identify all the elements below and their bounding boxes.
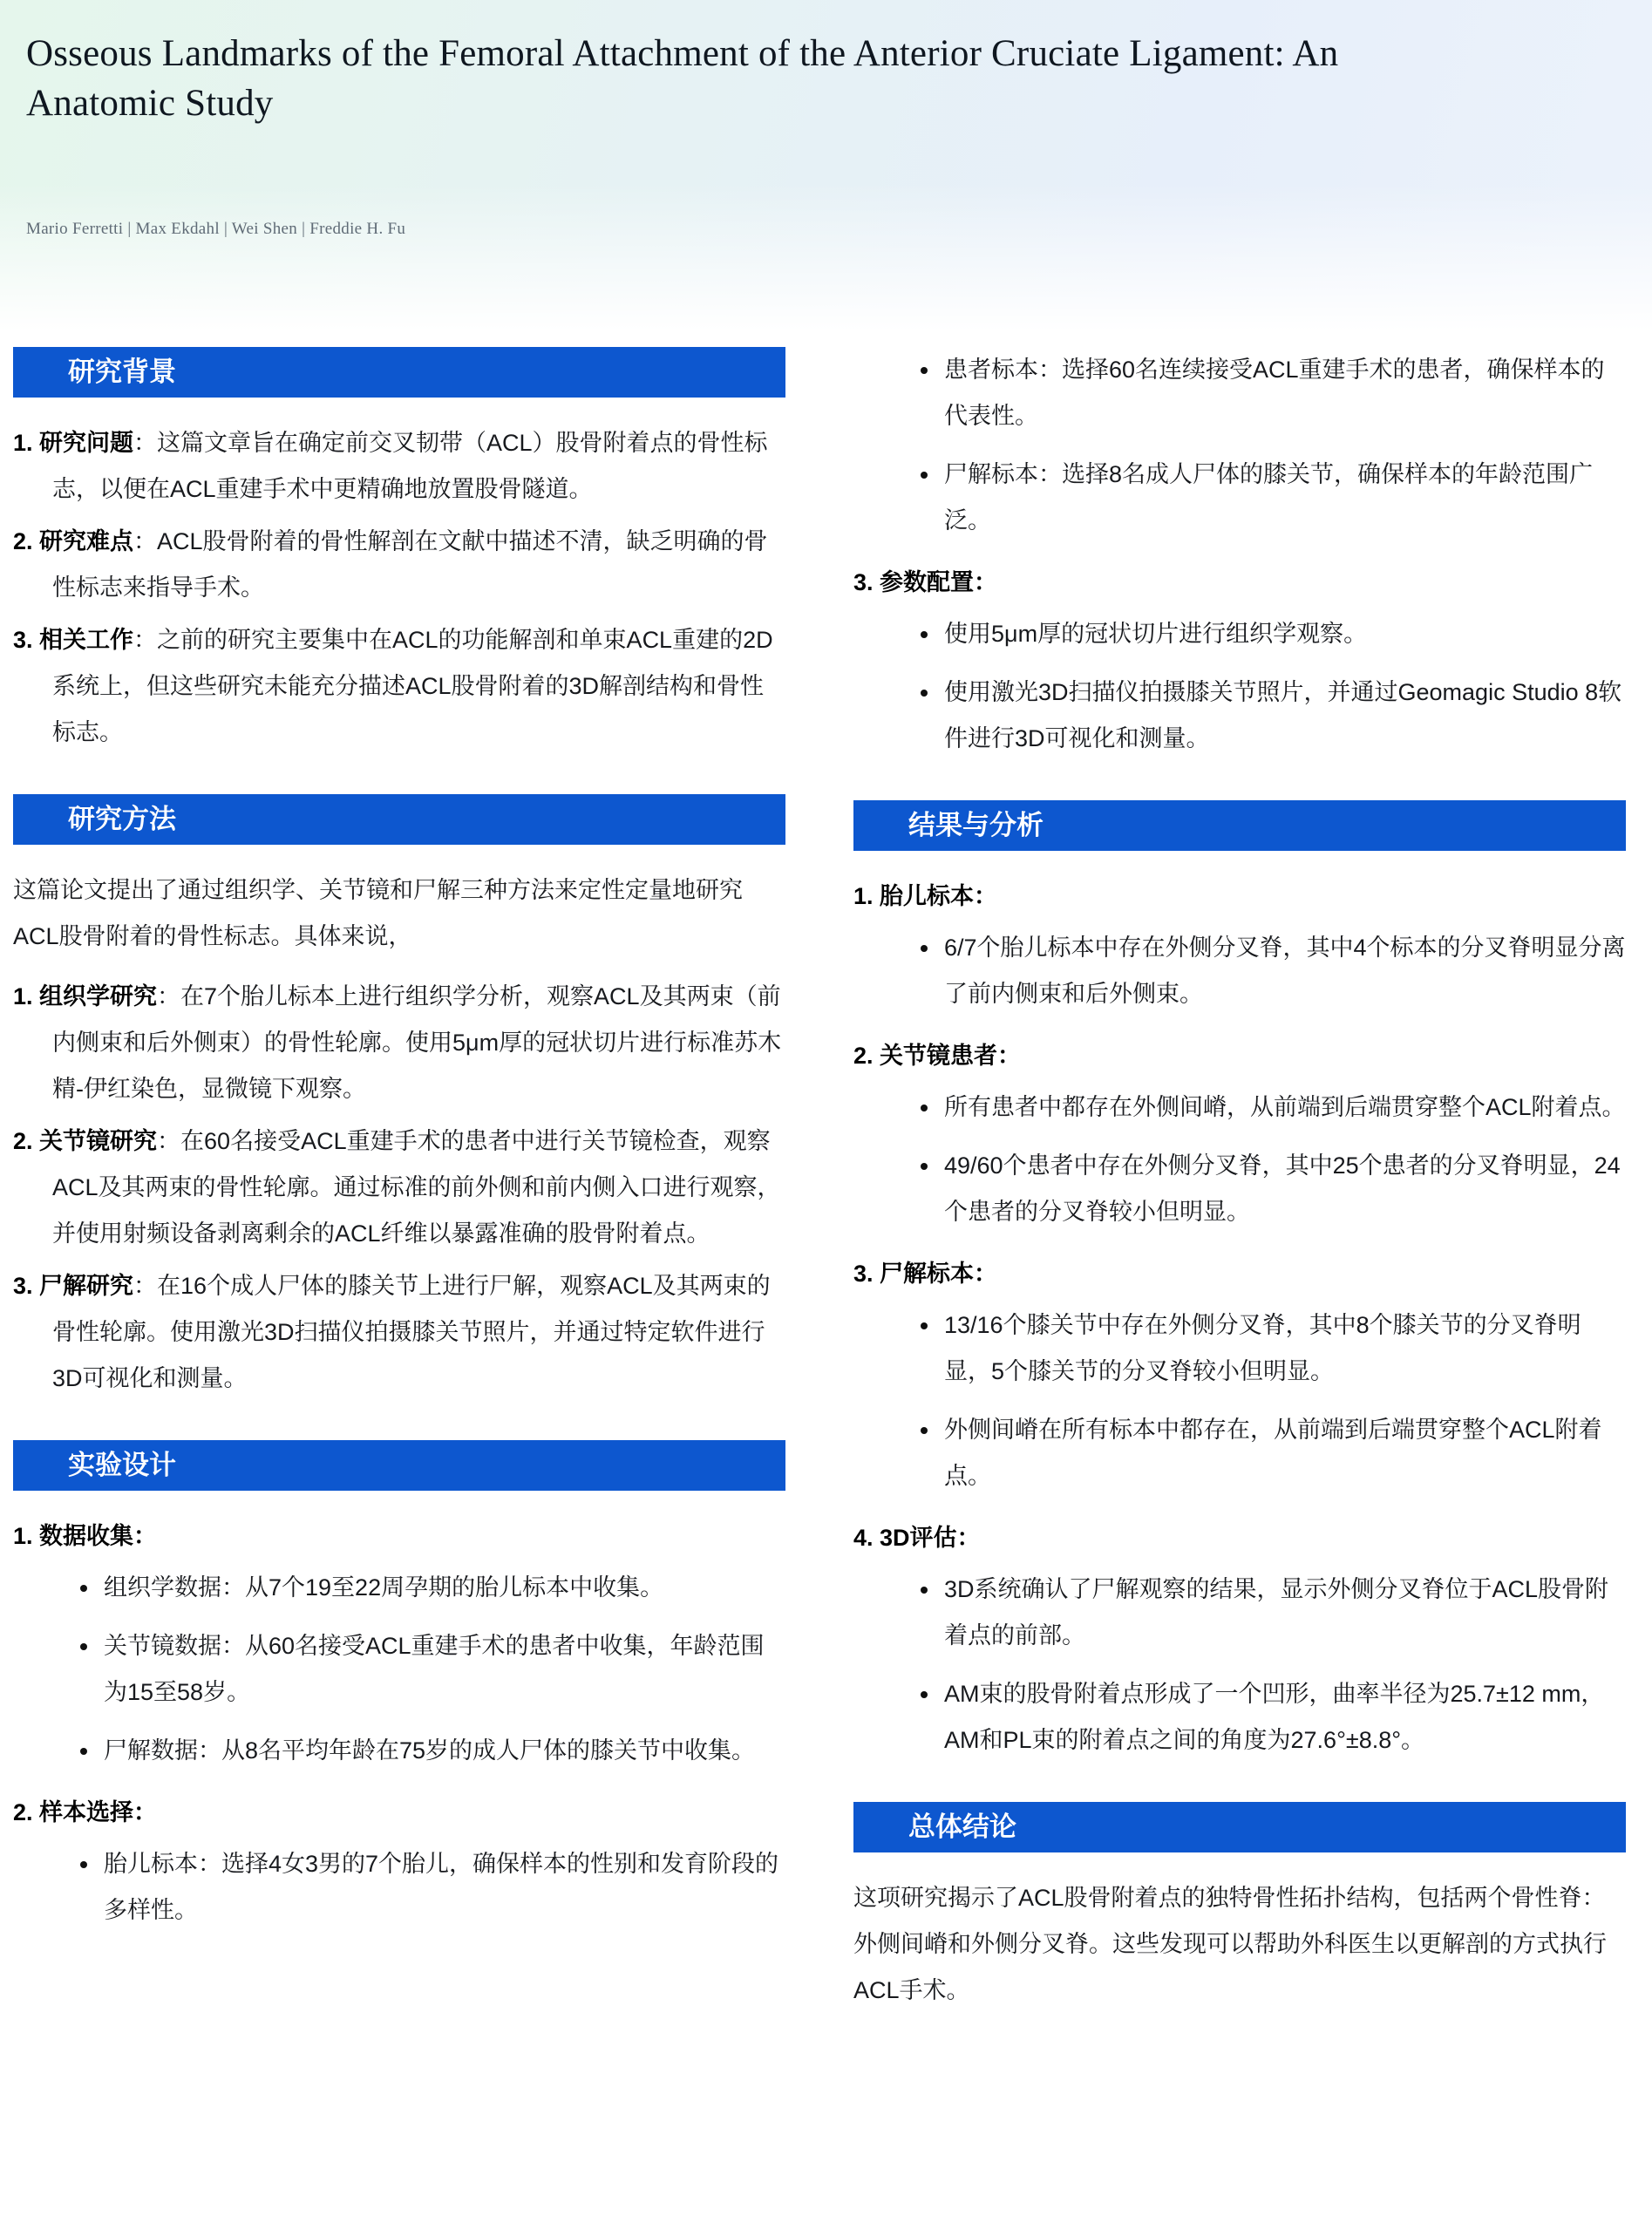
authors-line: Mario Ferretti | Max Ekdahl | Wei Shen |…	[26, 220, 1617, 239]
section-header-design: 实验设计	[13, 1440, 785, 1491]
section-header-background: 研究背景	[13, 347, 785, 398]
group-heading: 1. 胎儿标本：	[853, 873, 1626, 920]
bullet-item: 6/7个胎儿标本中存在外侧分叉脊，其中4个标本的分叉脊明显分离了前内侧束和后外侧…	[941, 925, 1626, 1017]
item-text: ：在16个成人尸体的膝关节上进行尸解，观察ACL及其两束的骨性轮廓。使用激光3D…	[52, 1273, 771, 1391]
bullet-item: 胎儿标本：选择4女3男的7个胎儿，确保样本的性别和发育阶段的多样性。	[100, 1841, 785, 1934]
bullet-list: 患者标本：选择60名连续接受ACL重建手术的患者，确保样本的代表性。 尸解标本：…	[853, 347, 1626, 544]
numbered-item: 1. 组织学研究：在7个胎儿标本上进行组织学分析，观察ACL及其两束（前内侧束和…	[13, 974, 785, 1112]
item-label: 1. 研究问题	[13, 430, 133, 456]
bullet-list: 6/7个胎儿标本中存在外侧分叉脊，其中4个标本的分叉脊明显分离了前内侧束和后外侧…	[853, 925, 1626, 1017]
bullet-item: 患者标本：选择60名连续接受ACL重建手术的患者，确保样本的代表性。	[941, 347, 1626, 439]
item-label: 3. 尸解研究	[13, 1273, 133, 1299]
bullet-item: 尸解数据：从8名平均年龄在75岁的成人尸体的膝关节中收集。	[100, 1728, 785, 1774]
numbered-item: 3. 相关工作：之前的研究主要集中在ACL的功能解剖和单束ACL重建的2D系统上…	[13, 617, 785, 756]
section-header-methods: 研究方法	[13, 794, 785, 845]
numbered-item: 2. 研究难点：ACL股骨附着的骨性解剖在文献中描述不清，缺乏明确的骨性标志来指…	[13, 519, 785, 611]
bullet-list: 所有患者中都存在外侧间嵴，从前端到后端贯穿整个ACL附着点。 49/60个患者中…	[853, 1084, 1626, 1235]
bullet-list: 使用5μm厚的冠状切片进行组织学观察。 使用激光3D扫描仪拍摄膝关节照片，并通过…	[853, 611, 1626, 762]
section-header-conclusion: 总体结论	[853, 1802, 1626, 1852]
numbered-item: 1. 研究问题：这篇文章旨在确定前交叉韧带（ACL）股骨附着点的骨性标志，以便在…	[13, 420, 785, 513]
item-text: ：之前的研究主要集中在ACL的功能解剖和单束ACL重建的2D系统上，但这些研究未…	[52, 627, 773, 745]
doc-header: Osseous Landmarks of the Femoral Attachm…	[0, 0, 1652, 239]
bullet-item: 尸解标本：选择8名成人尸体的膝关节，确保样本的年龄范围广泛。	[941, 452, 1626, 544]
column-right: 患者标本：选择60名连续接受ACL重建手术的患者，确保样本的代表性。 尸解标本：…	[853, 347, 1626, 2014]
conclusion-text: 这项研究揭示了ACL股骨附着点的独特骨性拓扑结构，包括两个骨性脊：外侧间嵴和外侧…	[853, 1875, 1626, 2014]
bullet-item: 关节镜数据：从60名接受ACL重建手术的患者中收集，年龄范围为15至58岁。	[100, 1623, 785, 1716]
group-heading: 3. 参数配置：	[853, 560, 1626, 606]
bullet-item: 组织学数据：从7个19至22周孕期的胎儿标本中收集。	[100, 1565, 785, 1611]
page-title: Osseous Landmarks of the Femoral Attachm…	[26, 30, 1491, 129]
group-heading: 2. 关节镜患者：	[853, 1033, 1626, 1079]
group-heading: 3. 尸解标本：	[853, 1251, 1626, 1297]
item-label: 2. 研究难点	[13, 528, 133, 554]
bullet-item: 所有患者中都存在外侧间嵴，从前端到后端贯穿整个ACL附着点。	[941, 1084, 1626, 1131]
group-heading: 4. 3D评估：	[853, 1515, 1626, 1561]
item-text: ：在60名接受ACL重建手术的患者中进行关节镜检查，观察ACL及其两束的骨性轮廓…	[52, 1128, 781, 1247]
item-text: ：在7个胎儿标本上进行组织学分析，观察ACL及其两束（前内侧束和后外侧束）的骨性…	[52, 983, 781, 1102]
section-header-results: 结果与分析	[853, 800, 1626, 851]
group-heading: 1. 数据收集：	[13, 1513, 785, 1560]
item-text: ：这篇文章旨在确定前交叉韧带（ACL）股骨附着点的骨性标志，以便在ACL重建手术…	[52, 430, 768, 502]
document-page: Osseous Landmarks of the Femoral Attachm…	[0, 0, 1652, 2216]
bullet-item: 使用激光3D扫描仪拍摄膝关节照片，并通过Geomagic Studio 8软件进…	[941, 670, 1626, 762]
bullet-item: 13/16个膝关节中存在外侧分叉脊，其中8个膝关节的分叉脊明显，5个膝关节的分叉…	[941, 1302, 1626, 1395]
group-heading: 2. 样本选择：	[13, 1790, 785, 1836]
item-label: 1. 组织学研究	[13, 983, 157, 1009]
bullet-list: 3D系统确认了尸解观察的结果，显示外侧分叉脊位于ACL股骨附着点的前部。 AM束…	[853, 1567, 1626, 1764]
item-label: 2. 关节镜研究	[13, 1128, 157, 1154]
bullet-item: 外侧间嵴在所有标本中都存在，从前端到后端贯穿整个ACL附着点。	[941, 1407, 1626, 1499]
numbered-item: 2. 关节镜研究：在60名接受ACL重建手术的患者中进行关节镜检查，观察ACL及…	[13, 1118, 785, 1257]
bullet-item: 49/60个患者中存在外侧分叉脊，其中25个患者的分叉脊明显，24个患者的分叉脊…	[941, 1143, 1626, 1235]
bullet-item: 使用5μm厚的冠状切片进行组织学观察。	[941, 611, 1626, 657]
bullet-list: 胎儿标本：选择4女3男的7个胎儿，确保样本的性别和发育阶段的多样性。	[13, 1841, 785, 1934]
bullet-item: 3D系统确认了尸解观察的结果，显示外侧分叉脊位于ACL股骨附着点的前部。	[941, 1567, 1626, 1659]
bullet-item: AM束的股骨附着点形成了一个凹形，曲率半径为25.7±12 mm，AM和PL束的…	[941, 1671, 1626, 1764]
bullet-list: 组织学数据：从7个19至22周孕期的胎儿标本中收集。 关节镜数据：从60名接受A…	[13, 1565, 785, 1774]
bullet-list: 13/16个膝关节中存在外侧分叉脊，其中8个膝关节的分叉脊明显，5个膝关节的分叉…	[853, 1302, 1626, 1499]
content-columns: 研究背景 1. 研究问题：这篇文章旨在确定前交叉韧带（ACL）股骨附着点的骨性标…	[0, 239, 1652, 2049]
methods-intro: 这篇论文提出了通过组织学、关节镜和尸解三种方法来定性定量地研究ACL股骨附着的骨…	[13, 867, 785, 960]
item-label: 3. 相关工作	[13, 627, 133, 653]
column-left: 研究背景 1. 研究问题：这篇文章旨在确定前交叉韧带（ACL）股骨附着点的骨性标…	[13, 347, 785, 1949]
item-text: ：ACL股骨附着的骨性解剖在文献中描述不清，缺乏明确的骨性标志来指导手术。	[52, 528, 768, 601]
numbered-item: 3. 尸解研究：在16个成人尸体的膝关节上进行尸解，观察ACL及其两束的骨性轮廓…	[13, 1263, 785, 1402]
